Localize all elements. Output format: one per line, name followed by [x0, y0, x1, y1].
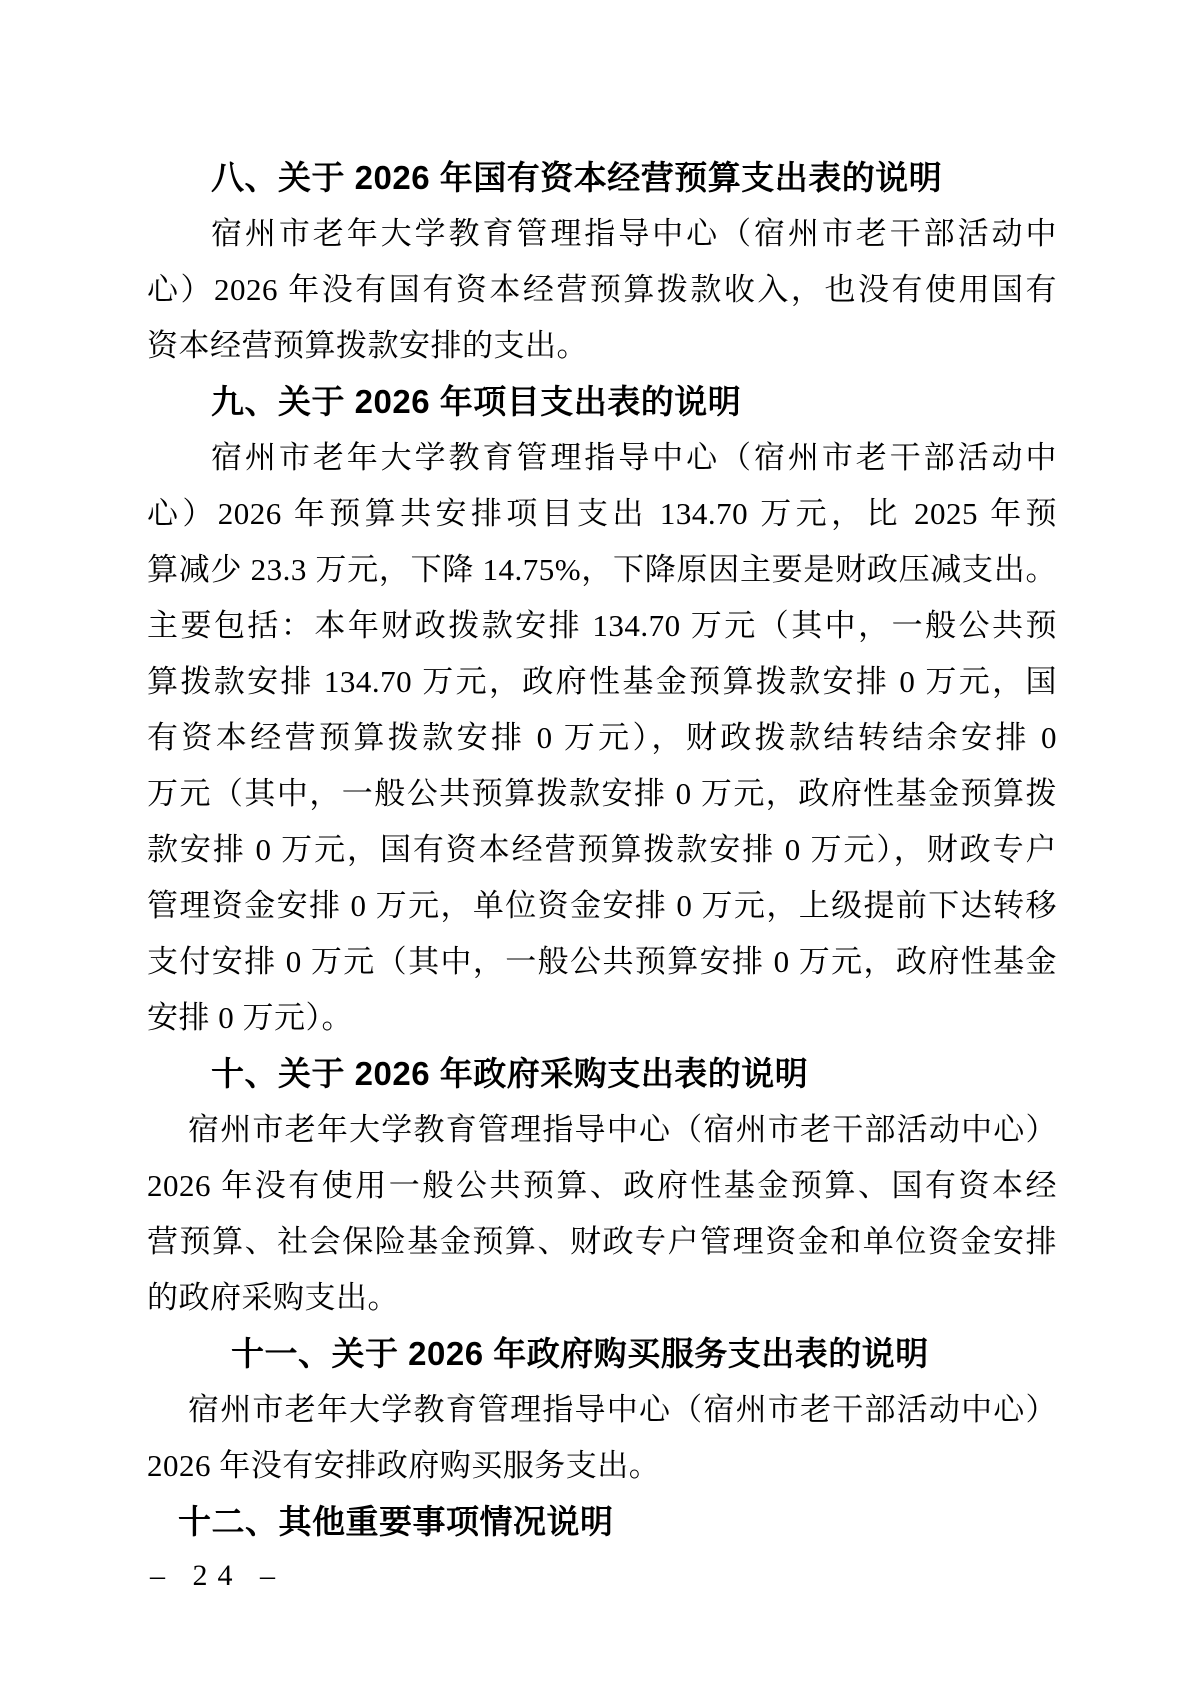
- document-page: 八、关于 2026 年国有资本经营预算支出表的说明宿州市老年大学教育管理指导中心…: [0, 0, 1190, 1683]
- paragraph-line: 万元（其中，一般公共预算拨款安排 0 万元，政府性基金预算拨: [147, 766, 1057, 822]
- paragraph-line: 宿州市老年大学教育管理指导中心（宿州市老干部活动中: [147, 206, 1057, 262]
- paragraph-line: 主要包括：本年财政拨款安排 134.70 万元（其中，一般公共预: [147, 598, 1057, 654]
- paragraph-line: 心）2026 年预算共安排项目支出 134.70 万元，比 2025 年预: [147, 486, 1057, 542]
- paragraph-line: 2026 年没有安排政府购买服务支出。: [147, 1438, 1057, 1494]
- section-heading: 十一、关于 2026 年政府购买服务支出表的说明: [147, 1326, 1057, 1382]
- paragraph-line: 管理资金安排 0 万元，单位资金安排 0 万元，上级提前下达转移: [147, 878, 1057, 934]
- paragraph-line: 的政府采购支出。: [147, 1270, 1057, 1326]
- section-heading: 十二、其他重要事项情况说明: [147, 1494, 1057, 1550]
- paragraph-line: 2026 年没有使用一般公共预算、政府性基金预算、国有资本经: [147, 1158, 1057, 1214]
- page-number: – 24 –: [150, 1548, 285, 1604]
- paragraph-line: 心）2026 年没有国有资本经营预算拨款收入，也没有使用国有: [147, 262, 1057, 318]
- section-heading: 八、关于 2026 年国有资本经营预算支出表的说明: [147, 150, 1057, 206]
- paragraph-line: 支付安排 0 万元（其中，一般公共预算安排 0 万元，政府性基金: [147, 934, 1057, 990]
- paragraph-line: 营预算、社会保险基金预算、财政专户管理资金和单位资金安排: [147, 1214, 1057, 1270]
- section-heading: 九、关于 2026 年项目支出表的说明: [147, 374, 1057, 430]
- section-heading: 十、关于 2026 年政府采购支出表的说明: [147, 1046, 1057, 1102]
- paragraph-line: 宿州市老年大学教育管理指导中心（宿州市老干部活动中: [147, 430, 1057, 486]
- paragraph-line: 宿州市老年大学教育管理指导中心（宿州市老干部活动中心）: [147, 1102, 1057, 1158]
- paragraph-line: 安排 0 万元）。: [147, 990, 1057, 1046]
- paragraph-line: 算减少 23.3 万元，下降 14.75%，下降原因主要是财政压减支出。: [147, 542, 1057, 598]
- paragraph-line: 款安排 0 万元，国有资本经营预算拨款安排 0 万元），财政专户: [147, 822, 1057, 878]
- paragraph-line: 资本经营预算拨款安排的支出。: [147, 318, 1057, 374]
- paragraph-line: 算拨款安排 134.70 万元，政府性基金预算拨款安排 0 万元，国: [147, 654, 1057, 710]
- paragraph-line: 宿州市老年大学教育管理指导中心（宿州市老干部活动中心）: [147, 1382, 1057, 1438]
- document-body: 八、关于 2026 年国有资本经营预算支出表的说明宿州市老年大学教育管理指导中心…: [147, 150, 1057, 1550]
- paragraph-line: 有资本经营预算拨款安排 0 万元），财政拨款结转结余安排 0: [147, 710, 1057, 766]
